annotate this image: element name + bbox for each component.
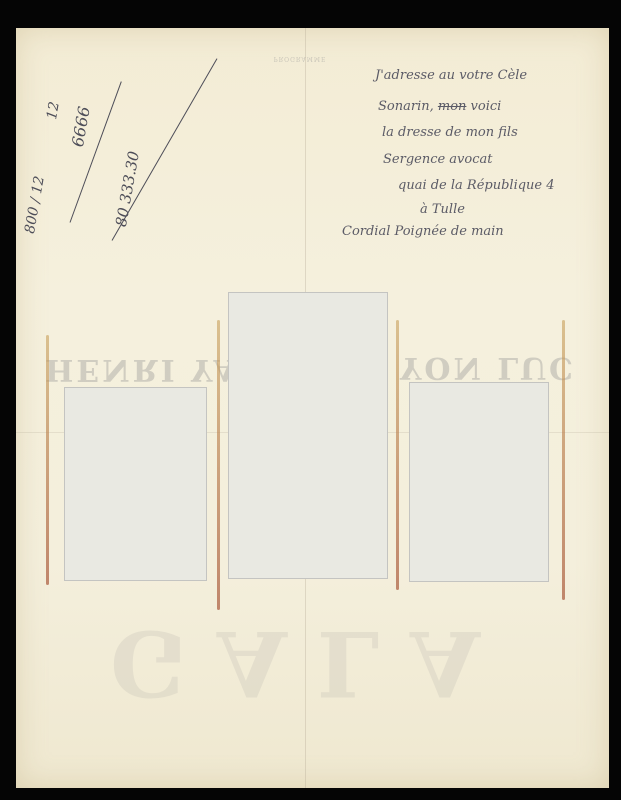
ghost-top-text: PROGRAMME <box>200 55 400 62</box>
handwritten-line-5: quai de la République 4 <box>398 178 555 193</box>
ghost-left-title: HENRI YAN <box>45 352 225 387</box>
ghost-right-title: YON LUC <box>400 350 560 385</box>
vine-ornament-left <box>46 335 49 585</box>
handwritten-line-3: la dresse de mon fils <box>382 125 518 140</box>
calc-12: 12 <box>44 100 63 120</box>
vine-ornament-right <box>562 320 565 600</box>
handwritten-line-1: J'adresse au votre Cèle <box>375 68 527 83</box>
handwritten-line-7: Cordial Poignée de main <box>342 224 504 239</box>
handwritten-line-6: à Tulle <box>420 202 465 217</box>
vine-ornament-center-left <box>217 320 220 610</box>
photo-frame-left <box>64 387 207 581</box>
handwritten-word: Sonarin, <box>378 99 434 114</box>
struck-word: mon <box>438 99 467 114</box>
handwritten-word: voici <box>471 99 502 114</box>
ghost-bottom-text: GALA <box>60 610 560 716</box>
photo-frame-right <box>409 382 549 582</box>
handwritten-line-4: Sergence avocat <box>383 152 492 167</box>
photo-frame-center <box>228 292 388 579</box>
vine-ornament-center-right <box>396 320 399 590</box>
handwritten-line-2: Sonarin, mon voici <box>378 99 501 114</box>
